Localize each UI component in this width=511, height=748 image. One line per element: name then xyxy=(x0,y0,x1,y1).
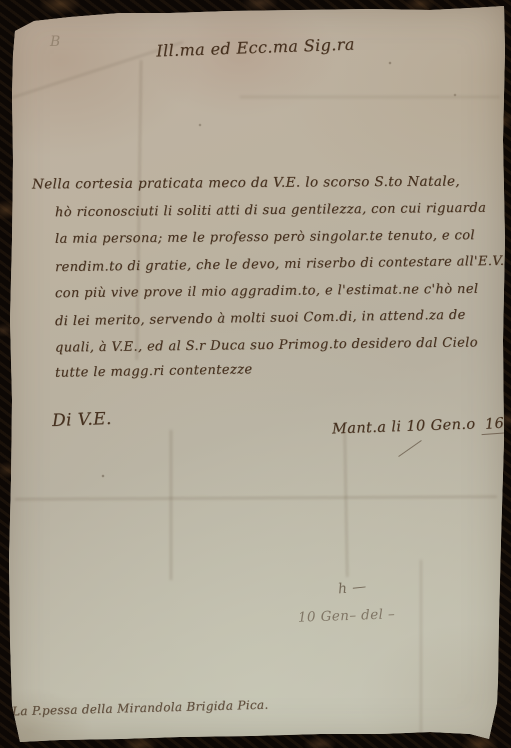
closing-salutation: Di V.E. xyxy=(52,409,112,431)
dateline-year: 1699. xyxy=(480,414,511,435)
paper-crease xyxy=(240,96,500,98)
letter-line-5: con più vive prove il mio aggradim.to, e… xyxy=(55,282,479,301)
ink-stroke-mark xyxy=(398,440,422,457)
letter-heading: Ill.ma ed Ecc.ma Sig.ra xyxy=(0,29,511,66)
dateline-place: Mant.a li 10 Gen.o xyxy=(332,416,476,437)
paper-sheet: B Ill.ma ed Ecc.ma Sig.ra Nella cortesia… xyxy=(0,0,511,748)
letter-line-8: tutte le magg.ri contentezze xyxy=(55,362,253,380)
paper-crease xyxy=(420,560,422,735)
paper-crease xyxy=(170,430,172,580)
letter-line-4: rendim.to di gratie, che le devo, mi ris… xyxy=(55,254,505,275)
faint-flourish-mark: h — xyxy=(337,579,367,598)
archive-annotation: La P.pessa della Mirandola Brigida Pica. xyxy=(12,698,269,719)
dateline: Mant.a li 10 Gen.o 1699. xyxy=(332,415,511,440)
paper-crease xyxy=(15,496,497,501)
faint-archive-note: 10 Gen– del – xyxy=(298,606,396,625)
letter-line-3: la mia persona; me le professo però sing… xyxy=(55,228,475,247)
letter-line-1: Nella cortesia praticata meco da V.E. lo… xyxy=(32,174,460,193)
letter-line-7: quali, à V.E., ed al S.r Duca suo Primog… xyxy=(55,335,478,355)
paper-crease xyxy=(344,432,349,577)
letter-line-2: hò riconosciuti li soliti atti di sua ge… xyxy=(55,201,486,221)
photo-background: B Ill.ma ed Ecc.ma Sig.ra Nella cortesia… xyxy=(0,0,511,748)
letter-line-6: di lei merito, servendo à molti suoi Com… xyxy=(55,308,466,329)
